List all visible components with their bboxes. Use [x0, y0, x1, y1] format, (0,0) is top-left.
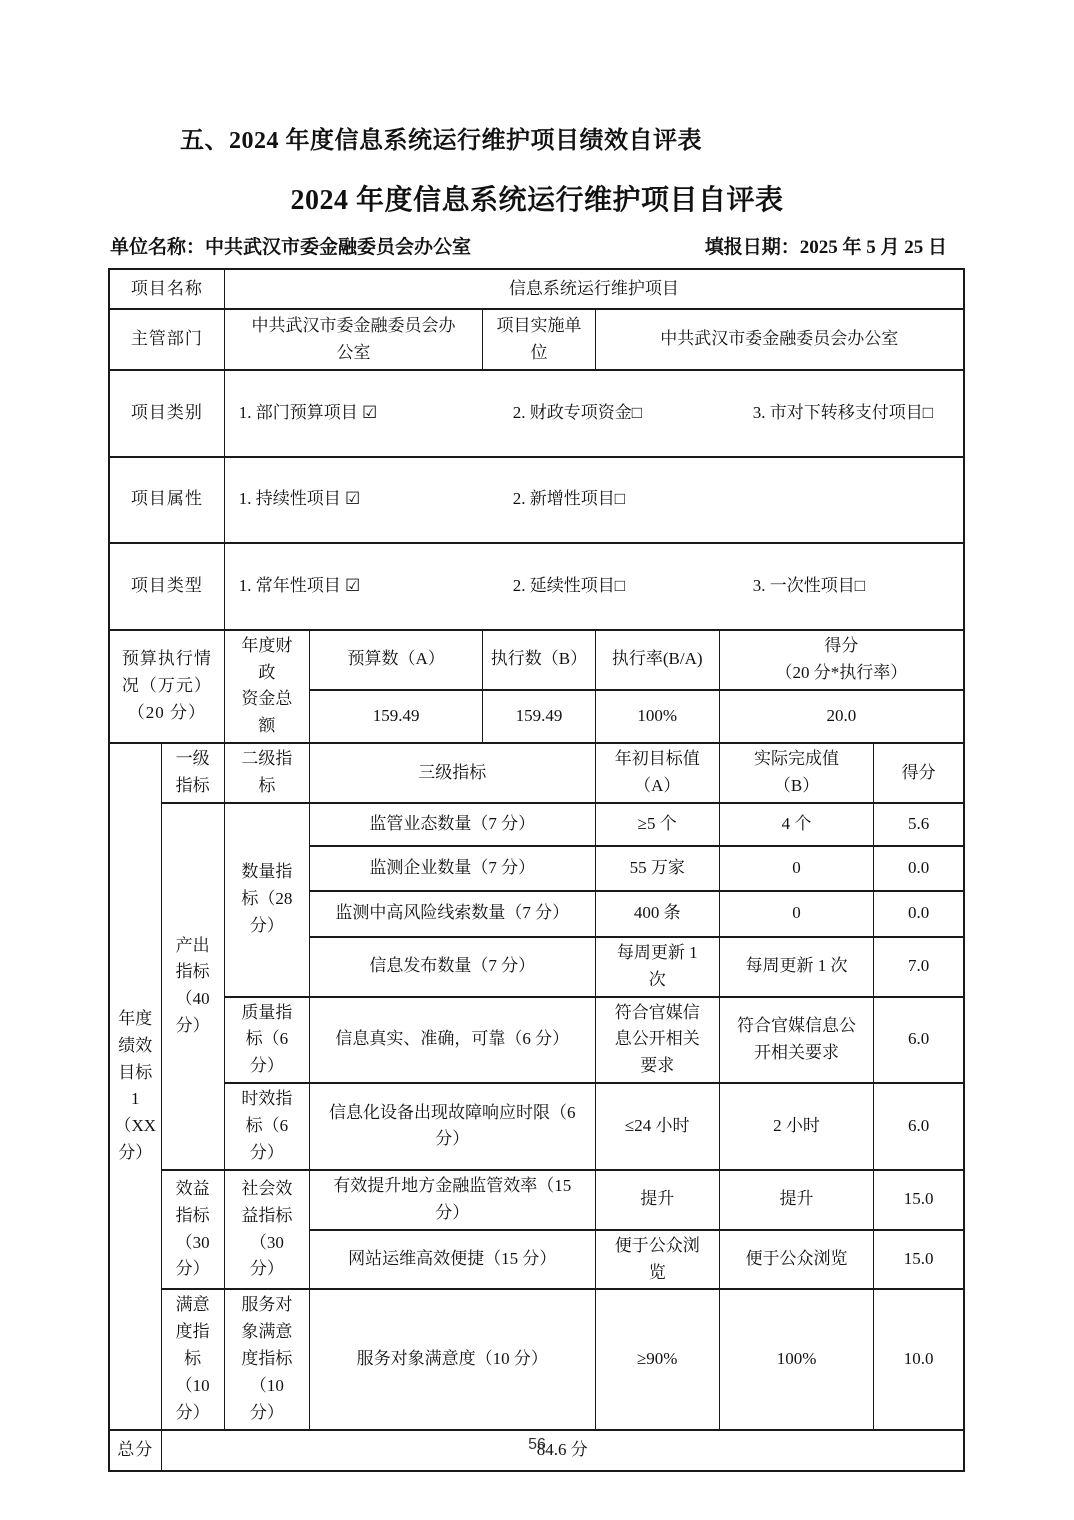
type-option-3: 3. 一次性项目□ [753, 573, 963, 600]
self-evaluation-table: 项目名称 信息系统运行维护项目 主管部门 中共武汉市委金融委员会办 公室 项目实… [108, 268, 965, 1472]
indicator-target: 提升 [595, 1170, 719, 1230]
row-project-name: 项目名称 信息系统运行维护项目 [109, 269, 964, 309]
indicator-actual: 100% [719, 1289, 873, 1429]
indicator-name: 有效提升地方金融监管效率（15 分） [309, 1170, 595, 1230]
indicator-score: 0.0 [874, 891, 964, 937]
budget-section-label: 预算执行情 况（万元） （20 分） [109, 630, 224, 743]
satisfaction-indicator-group: 满意 度指 标 （10 分） [161, 1289, 224, 1429]
type-option-2: 2. 延续性项目□ [513, 573, 753, 600]
type-option-1: 1. 常年性项目 ☑ [239, 573, 513, 600]
social-benefit-indicator-group: 社会效 益指标 （30 分） [224, 1170, 309, 1290]
indicator-target: 每周更新 1 次 [595, 937, 719, 997]
row-project-category: 项目类别 1. 部门预算项目 ☑ 2. 财政专项资金□ 3. 市对下转移支付项目… [109, 370, 964, 457]
row-budget-header: 预算执行情 况（万元） （20 分） 年度财 政 资金总 额 预算数（A） 执行… [109, 630, 964, 690]
indicator-name: 监测企业数量（7 分） [309, 846, 595, 891]
level2-header: 二级指 标 [224, 743, 309, 803]
category-option-3: 3. 市对下转移支付项目□ [753, 400, 963, 427]
form-info-row: 单位名称：中共武汉市委金融委员会办公室 填报日期：2025 年 5 月 25 日 [110, 232, 965, 259]
indicator-actual: 便于公众浏览 [719, 1230, 873, 1290]
project-category-label: 项目类别 [109, 370, 224, 457]
indicator-score: 7.0 [874, 937, 964, 997]
indicator-score: 0.0 [874, 846, 964, 891]
indicator-row: 效益 指标 （30 分） 社会效 益指标 （30 分） 有效提升地方金融监管效率… [109, 1170, 964, 1230]
row-project-attribute: 项目属性 1. 持续性项目 ☑ 2. 新增性项目□ [109, 457, 964, 544]
timeliness-indicator-group: 时效指 标（6 分） [224, 1083, 309, 1170]
indicator-actual: 2 小时 [719, 1083, 873, 1170]
budget-score-header: 得分 （20 分*执行率） [719, 630, 964, 690]
indicator-name: 网站运维高效便捷（15 分） [309, 1230, 595, 1290]
service-satisfaction-indicator-group: 服务对 象满意 度指标 （10 分） [224, 1289, 309, 1429]
unit-name-label: 单位名称： [110, 237, 205, 258]
execution-rate-value: 100% [595, 690, 719, 743]
project-name-value: 信息系统运行维护项目 [224, 269, 964, 309]
budget-score-value: 20.0 [719, 690, 964, 743]
indicator-actual: 0 [719, 846, 873, 891]
indicator-name: 监管业态数量（7 分） [309, 803, 595, 846]
output-indicator-group: 产出 指标 （40 分） [161, 803, 224, 1170]
indicator-row: 满意 度指 标 （10 分） 服务对 象满意 度指标 （10 分） 服务对象满意… [109, 1289, 964, 1429]
report-date: 填报日期：2025 年 5 月 25 日 [705, 232, 965, 259]
unit-name-value: 中共武汉市委金融委员会办公室 [205, 237, 471, 258]
implementing-unit-value: 中共武汉市委金融委员会办公室 [595, 309, 964, 370]
indicator-score: 15.0 [874, 1230, 964, 1290]
project-attribute-options: 1. 持续性项目 ☑ 2. 新增性项目□ [224, 457, 964, 544]
row-indicator-header: 年度 绩效 目标 1 （XX 分） 一级 指标 二级指 标 三级指标 年初目标值… [109, 743, 964, 803]
unit-name: 单位名称：中共武汉市委金融委员会办公室 [110, 232, 471, 259]
section-title: 五、2024 年度信息系统运行维护项目绩效自评表 [180, 120, 702, 155]
indicator-target: 400 条 [595, 891, 719, 937]
indicator-score: 5.6 [874, 803, 964, 846]
level3-header: 三级指标 [309, 743, 595, 803]
score-header: 得分 [874, 743, 964, 803]
project-category-options: 1. 部门预算项目 ☑ 2. 财政专项资金□ 3. 市对下转移支付项目□ [224, 370, 964, 457]
implementing-unit-label: 项目实施单 位 [483, 309, 595, 370]
page-number: 56 [0, 1436, 1074, 1454]
indicator-name: 信息发布数量（7 分） [309, 937, 595, 997]
executed-amount-header: 执行数（B） [483, 630, 595, 690]
budget-amount-header: 预算数（A） [309, 630, 482, 690]
indicator-row: 质量指 标（6 分） 信息真实、准确，可靠（6 分） 符合官媒信 息公开相关 要… [109, 997, 964, 1084]
indicator-name: 信息真实、准确，可靠（6 分） [309, 997, 595, 1084]
indicator-name: 服务对象满意度（10 分） [309, 1289, 595, 1429]
indicator-name: 信息化设备出现故障响应时限（6 分） [309, 1083, 595, 1170]
execution-rate-header: 执行率(B/A) [595, 630, 719, 690]
supervisor-label: 主管部门 [109, 309, 224, 370]
indicator-target: ≤24 小时 [595, 1083, 719, 1170]
benefit-indicator-group: 效益 指标 （30 分） [161, 1170, 224, 1290]
indicator-target: ≥90% [595, 1289, 719, 1429]
executed-amount-value: 159.49 [483, 690, 595, 743]
indicator-name: 监测中高风险线索数量（7 分） [309, 891, 595, 937]
indicator-score: 6.0 [874, 1083, 964, 1170]
indicator-actual: 提升 [719, 1170, 873, 1230]
supervisor-value: 中共武汉市委金融委员会办 公室 [224, 309, 483, 370]
report-date-value: 2025 年 5 月 25 日 [800, 237, 947, 258]
project-type-options: 1. 常年性项目 ☑ 2. 延续性项目□ 3. 一次性项目□ [224, 543, 964, 630]
indicator-actual: 0 [719, 891, 873, 937]
indicator-row: 产出 指标 （40 分） 数量指 标（28 分） 监管业态数量（7 分） ≥5 … [109, 803, 964, 846]
row-departments: 主管部门 中共武汉市委金融委员会办 公室 项目实施单 位 中共武汉市委金融委员会… [109, 309, 964, 370]
category-option-1: 1. 部门预算项目 ☑ [239, 400, 513, 427]
indicator-row: 时效指 标（6 分） 信息化设备出现故障响应时限（6 分） ≤24 小时 2 小… [109, 1083, 964, 1170]
annual-fund-label: 年度财 政 资金总 额 [224, 630, 309, 743]
project-attribute-label: 项目属性 [109, 457, 224, 544]
target-header: 年初目标值 （A） [595, 743, 719, 803]
report-date-label: 填报日期： [705, 237, 800, 258]
indicator-score: 10.0 [874, 1289, 964, 1429]
indicator-actual: 符合官媒信息公 开相关要求 [719, 997, 873, 1084]
quality-indicator-group: 质量指 标（6 分） [224, 997, 309, 1084]
document-page: 五、2024 年度信息系统运行维护项目绩效自评表 2024 年度信息系统运行维护… [0, 0, 1074, 1520]
form-title: 2024 年度信息系统运行维护项目自评表 [0, 178, 1074, 218]
attribute-option-1: 1. 持续性项目 ☑ [239, 486, 513, 513]
budget-amount-value: 159.49 [309, 690, 482, 743]
quantity-indicator-group: 数量指 标（28 分） [224, 803, 309, 997]
project-name-label: 项目名称 [109, 269, 224, 309]
indicator-target: 符合官媒信 息公开相关 要求 [595, 997, 719, 1084]
indicator-target: 便于公众浏 览 [595, 1230, 719, 1290]
actual-header: 实际完成值 （B） [719, 743, 873, 803]
attribute-option-2: 2. 新增性项目□ [513, 486, 753, 513]
indicator-score: 15.0 [874, 1170, 964, 1230]
indicator-target: 55 万家 [595, 846, 719, 891]
indicator-actual: 每周更新 1 次 [719, 937, 873, 997]
row-project-type: 项目类型 1. 常年性项目 ☑ 2. 延续性项目□ 3. 一次性项目□ [109, 543, 964, 630]
indicator-score: 6.0 [874, 997, 964, 1084]
annual-goal-label: 年度 绩效 目标 1 （XX 分） [109, 743, 161, 1430]
project-type-label: 项目类型 [109, 543, 224, 630]
level1-header: 一级 指标 [161, 743, 224, 803]
indicator-actual: 4 个 [719, 803, 873, 846]
indicator-target: ≥5 个 [595, 803, 719, 846]
category-option-2: 2. 财政专项资金□ [513, 400, 753, 427]
